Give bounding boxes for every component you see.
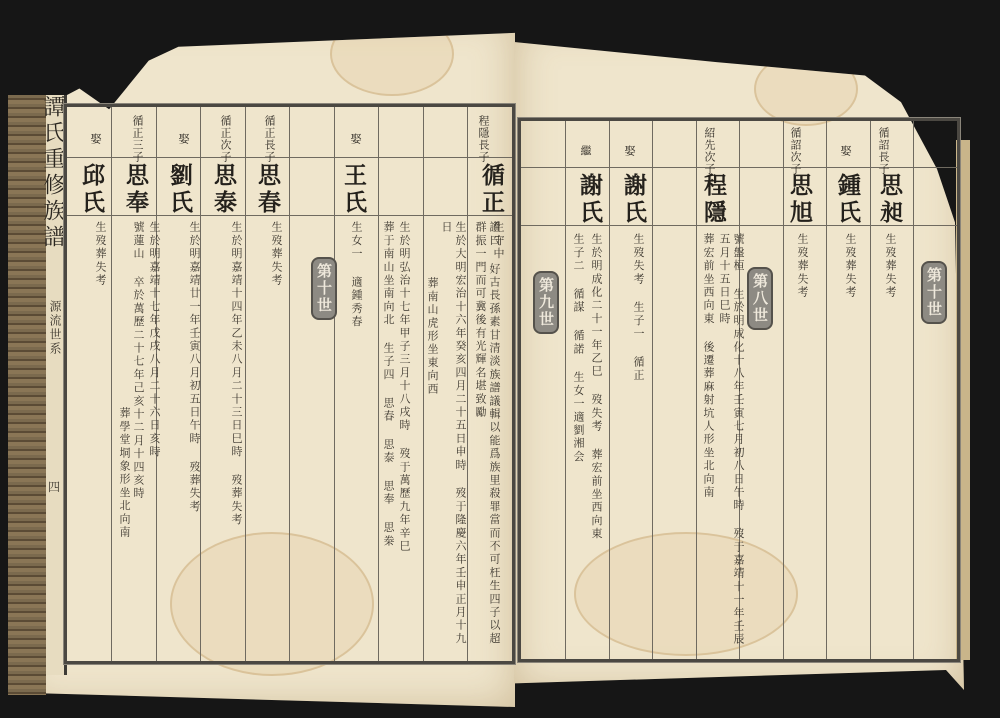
entry-header: 循正三子 xyxy=(131,115,144,163)
column-line xyxy=(245,107,246,661)
entry-header: 紹先次子 xyxy=(703,127,716,175)
column-line xyxy=(334,107,335,661)
page-number: 四 xyxy=(48,478,60,495)
generation-badge: 第十世 xyxy=(311,257,337,320)
entry-name: 劉氏 xyxy=(163,163,196,217)
entry-note: 生守中 xyxy=(491,221,505,261)
entry-name: 思旭 xyxy=(783,173,816,227)
entry-name: 思昶 xyxy=(873,173,906,227)
entry-burial: 葬學堂垌象形坐北向南 xyxy=(117,407,131,607)
entry-header: 循詔次子 xyxy=(789,127,802,175)
entry-note: 號蓮山 卒於萬歷二十七年己亥十二月十四亥時 xyxy=(131,221,145,651)
entry-biography: 生女一 適鍾秀春 xyxy=(349,221,363,521)
entry-header: 循詔長子 xyxy=(877,127,890,175)
column-line xyxy=(609,121,610,659)
entry-biography: 生歿葬失考 xyxy=(795,233,809,433)
entry-biography: 生於明成化二十一年乙巳 歿失考 葬宏前坐西向東 xyxy=(589,233,603,653)
entry-header: 循正長子 xyxy=(263,115,276,163)
entry-name: 謝氏 xyxy=(617,173,650,227)
column-line xyxy=(913,121,914,659)
entry-header: 循正次子 xyxy=(219,115,232,163)
entry-name: 循正 xyxy=(475,163,508,217)
entry-header: 娶 xyxy=(623,145,636,157)
entry-name: 思春 xyxy=(251,163,284,217)
entry-biography: 生歿葬失考 xyxy=(843,233,857,433)
entry-biography: 生於大明宏治十六年癸亥四月二十五日申時 歿于隆慶六年壬申正月十九日 xyxy=(439,221,467,651)
entry-header: 娶 xyxy=(349,133,362,145)
entry-biography: 讚曰 好古長孫素甘清淡族譜議輯以能爲族里殺罪當而不可枉生四子以超群振一門而可冀後… xyxy=(473,221,501,651)
entry-biography: 生歿失考 生子一 循正 xyxy=(631,233,645,433)
column-line xyxy=(111,107,112,661)
column-line xyxy=(565,121,566,659)
column-line xyxy=(423,107,424,661)
entry-name: 思奉 xyxy=(119,163,152,217)
entry-name: 王氏 xyxy=(337,163,370,217)
entry-burial: 葬于南山坐南向北 生子四 思春 思泰 思奉 思桊 xyxy=(381,221,395,651)
entry-header: 娶 xyxy=(839,145,852,157)
entry-burial: 葬南山虎形坐東向西 xyxy=(425,277,439,477)
entry-biography: 生於明嘉靖十四年乙未八月二十三日巳時 歿葬失考 xyxy=(229,221,243,651)
entry-biography: 生歿葬失考 xyxy=(93,221,107,421)
column-line xyxy=(467,107,468,661)
entry-header: 程隱長子 xyxy=(477,115,490,163)
left-page-frame: 程隱長子 循正 讚曰 好古長孫素甘清淡族譜議輯以能爲族里殺罪當而不可枉生四子以超… xyxy=(64,104,515,664)
entry-biography: 生歿葬失考 xyxy=(269,221,283,421)
entry-biography: 生歿葬失考 xyxy=(883,233,897,433)
water-stain xyxy=(330,12,454,96)
generation-badge: 第十世 xyxy=(921,261,947,324)
entry-name: 謝氏 xyxy=(573,173,606,227)
entry-biography: 生於明弘治十七年甲子三月十八戌時 歿于萬歷九年辛巳 xyxy=(397,221,411,651)
entry-biography: 號盤桓 生於明成化十八年壬寅七月初八日午時 歿于嘉靖十一年壬辰五月十五日巳時 xyxy=(717,233,745,653)
entry-name: 邱氏 xyxy=(75,163,108,217)
entry-header: 繼 xyxy=(579,145,592,157)
column-line xyxy=(378,107,379,661)
entry-children: 生子二 循謀 循諾 生女一適劉湘会 xyxy=(571,233,585,653)
right-page-frame: 第十世 循詔長子 思昶 生歿葬失考 娶 鍾氏 生歿葬失考 循詔次子 思旭 生歿葬… xyxy=(518,118,960,662)
entry-name: 程隱 xyxy=(697,173,730,227)
entry-name: 思泰 xyxy=(207,163,240,217)
column-line xyxy=(289,107,290,661)
generation-badge: 第九世 xyxy=(533,271,559,334)
entry-header: 娶 xyxy=(177,133,190,145)
column-line xyxy=(652,121,653,659)
column-line xyxy=(826,121,827,659)
water-stain xyxy=(754,52,858,126)
column-line xyxy=(870,121,871,659)
entry-biography: 生於明嘉靖十七年戊戌八月二十六日亥時 xyxy=(147,221,161,651)
entry-biography: 生於明嘉靖廿一年壬寅八月初五日午時 歿葬失考 xyxy=(187,221,201,651)
section-title: 源流世系 xyxy=(47,300,64,356)
entry-header: 娶 xyxy=(89,133,102,145)
entry-burial: 葬宏前坐西向東 後遷葬麻射坑人形坐北向南 xyxy=(701,233,715,653)
entry-name: 鍾氏 xyxy=(831,173,864,227)
generation-badge: 第八世 xyxy=(747,267,773,330)
